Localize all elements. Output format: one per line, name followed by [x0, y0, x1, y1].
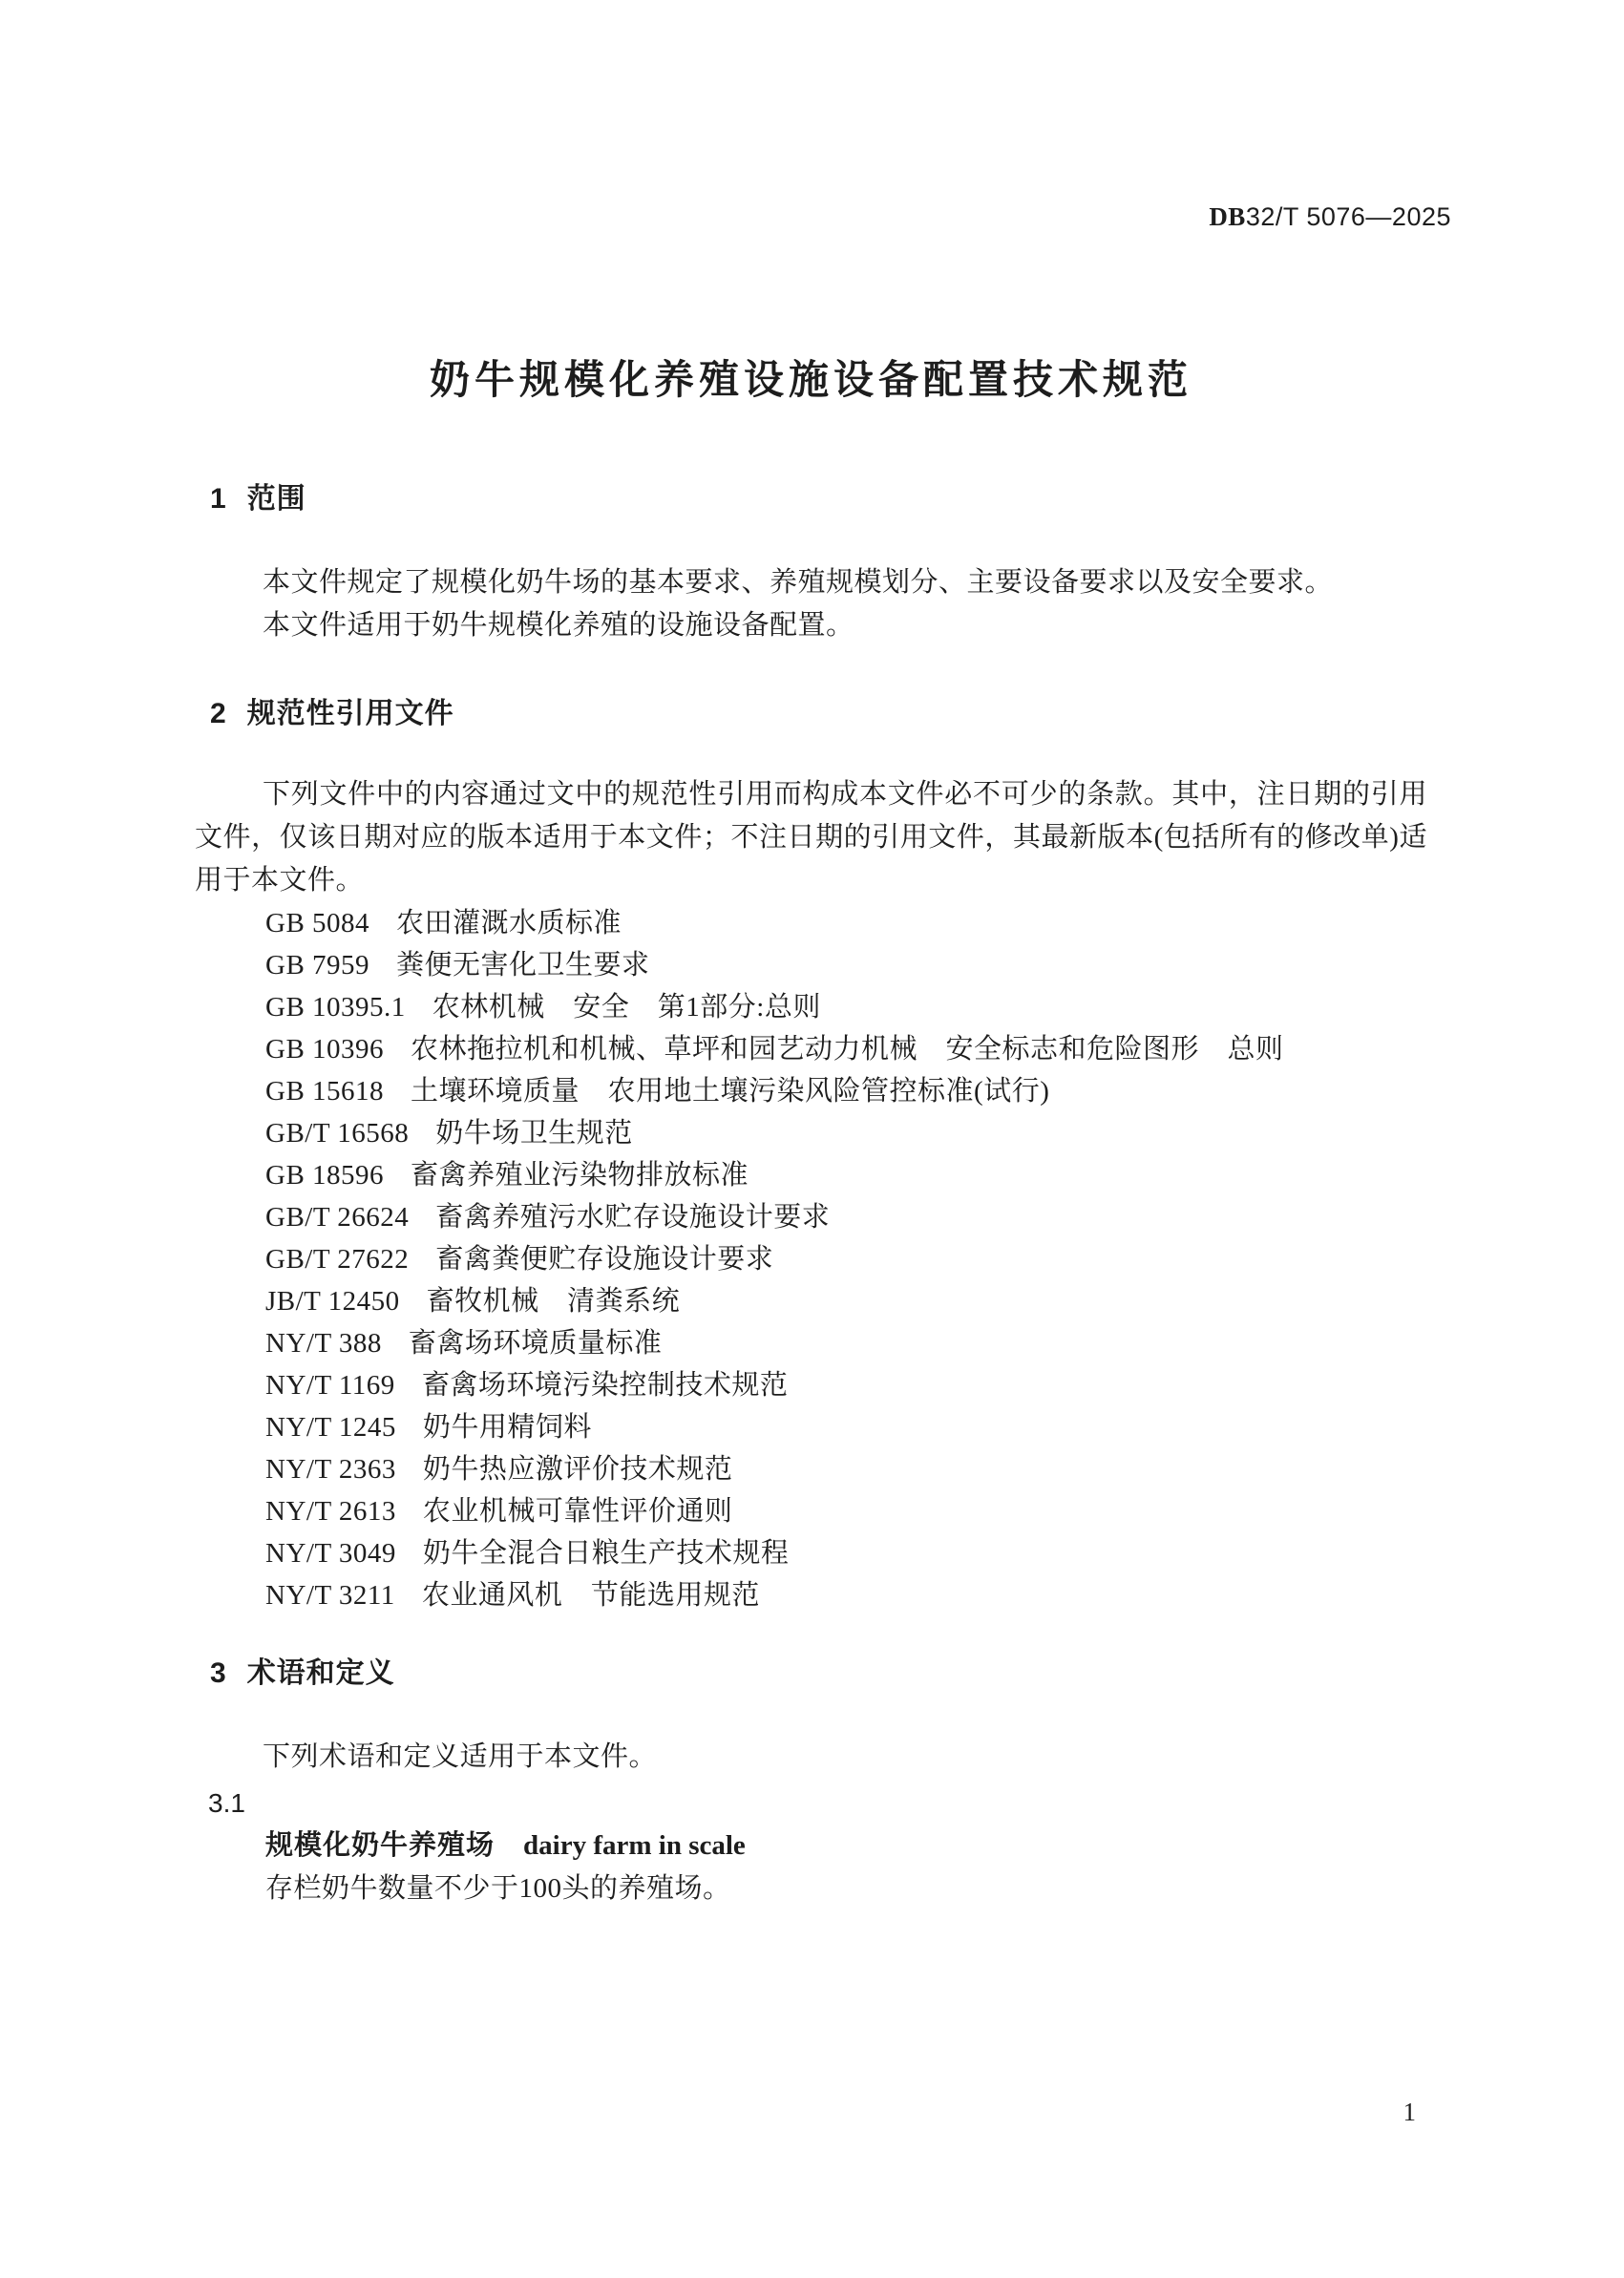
section-3-title: 术语和定义 [247, 1657, 395, 1689]
reference-item: GB 15618土壤环境质量 农用地土壤污染风险管控标准(试行) [265, 1070, 1427, 1112]
reference-title: 农业通风机 节能选用规范 [422, 1580, 760, 1611]
reference-code: GB 10396 [265, 1034, 384, 1065]
reference-item: NY/T 2363奶牛热应激评价技术规范 [265, 1448, 1427, 1490]
reference-code: GB 7959 [265, 950, 369, 981]
reference-code: NY/T 3211 [265, 1580, 395, 1611]
reference-item: GB 18596畜禽养殖业污染物排放标准 [265, 1154, 1427, 1196]
term-number: 3.1 [208, 1782, 1427, 1825]
reference-item: JB/T 12450畜牧机械 清粪系统 [265, 1280, 1427, 1322]
reference-item: NY/T 3211农业通风机 节能选用规范 [265, 1574, 1427, 1616]
reference-item: GB/T 27622畜禽粪便贮存设施设计要求 [265, 1238, 1427, 1280]
section-3-number: 3 [210, 1657, 226, 1690]
section-1-body: 本文件规定了规模化奶牛场的基本要求、养殖规模划分、主要设备要求以及安全要求。 本… [195, 561, 1427, 647]
reference-item: GB 10395.1农林机械 安全 第1部分:总则 [265, 986, 1427, 1028]
section-1-number: 1 [210, 483, 226, 516]
doc-code-prefix: DB [1209, 202, 1246, 231]
reference-title: 畜禽养殖污水贮存设施设计要求 [435, 1202, 830, 1233]
normative-references-list: GB 5084农田灌溉水质标准 GB 7959粪便无害化卫生要求 GB 1039… [195, 902, 1427, 1616]
reference-code: NY/T 1245 [265, 1412, 396, 1443]
reference-item: GB 10396农林拖拉机和机械、草坪和园艺动力机械 安全标志和危险图形 总则 [265, 1028, 1427, 1070]
references-intro-paragraph: 下列文件中的内容通过文中的规范性引用而构成本文件必不可少的条款。其中，注日期的引… [195, 773, 1427, 902]
reference-item: NY/T 1245奶牛用精饲料 [265, 1406, 1427, 1448]
reference-title: 农田灌溉水质标准 [396, 908, 622, 939]
term-entry: 规模化奶牛养殖场dairy farm in scale [195, 1825, 1427, 1867]
reference-code: GB 15618 [265, 1076, 384, 1107]
section-1-title: 范围 [247, 483, 306, 515]
document-page: DB32/T 5076—2025 奶牛规模化养殖设施设备配置技术规范 1范围 本… [0, 0, 1624, 2278]
term-chinese: 规模化奶牛养殖场 [265, 1830, 495, 1861]
reference-code: GB/T 26624 [265, 1202, 409, 1233]
term-english: dairy farm in scale [523, 1830, 746, 1861]
reference-title: 畜禽养殖业污染物排放标准 [411, 1160, 749, 1191]
reference-title: 农林拖拉机和机械、草坪和园艺动力机械 安全标志和危险图形 总则 [411, 1034, 1284, 1065]
section-1-heading: 1范围 [210, 483, 1427, 516]
reference-item: GB 5084农田灌溉水质标准 [265, 902, 1427, 944]
reference-code: GB 18596 [265, 1160, 384, 1191]
section-2-heading: 2规范性引用文件 [210, 698, 1427, 730]
reference-title: 奶牛用精饲料 [423, 1412, 592, 1443]
reference-code: GB/T 27622 [265, 1244, 409, 1275]
reference-title: 农林机械 安全 第1部分:总则 [432, 992, 821, 1023]
reference-code: NY/T 2613 [265, 1496, 396, 1527]
reference-item: GB/T 16568奶牛场卫生规范 [265, 1112, 1427, 1154]
reference-title: 畜牧机械 清粪系统 [427, 1286, 681, 1317]
scope-paragraph-2: 本文件适用于奶牛规模化养殖的设施设备配置。 [195, 604, 1427, 647]
reference-title: 奶牛全混合日粮生产技术规程 [423, 1538, 790, 1569]
reference-title: 土壤环境质量 农用地土壤污染风险管控标准(试行) [411, 1076, 1049, 1107]
reference-item: NY/T 3049奶牛全混合日粮生产技术规程 [265, 1532, 1427, 1574]
section-2-body: 下列文件中的内容通过文中的规范性引用而构成本文件必不可少的条款。其中，注日期的引… [195, 773, 1427, 902]
reference-code: GB/T 16568 [265, 1118, 409, 1149]
reference-title: 农业机械可靠性评价通则 [423, 1496, 733, 1527]
reference-code: JB/T 12450 [265, 1286, 400, 1317]
doc-number: DB32/T 5076—2025 [195, 202, 1451, 231]
reference-item: GB 7959粪便无害化卫生要求 [265, 944, 1427, 986]
reference-code: NY/T 2363 [265, 1454, 396, 1485]
reference-item: NY/T 2613农业机械可靠性评价通则 [265, 1490, 1427, 1532]
doc-code-rest: 32/T 5076—2025 [1246, 202, 1451, 231]
reference-item: GB/T 26624畜禽养殖污水贮存设施设计要求 [265, 1196, 1427, 1238]
reference-code: NY/T 388 [265, 1328, 382, 1359]
reference-title: 奶牛场卫生规范 [435, 1118, 633, 1149]
page-number: 1 [1403, 2097, 1417, 2127]
scope-paragraph-1: 本文件规定了规模化奶牛场的基本要求、养殖规模划分、主要设备要求以及安全要求。 [195, 561, 1427, 604]
reference-title: 畜禽粪便贮存设施设计要求 [435, 1244, 773, 1275]
section-3-body: 下列术语和定义适用于本文件。 [195, 1736, 1427, 1779]
reference-item: NY/T 1169畜禽场环境污染控制技术规范 [265, 1364, 1427, 1406]
reference-title: 奶牛热应激评价技术规范 [423, 1454, 733, 1485]
reference-code: NY/T 1169 [265, 1370, 395, 1401]
section-3-heading: 3术语和定义 [210, 1657, 1427, 1690]
terms-intro-paragraph: 下列术语和定义适用于本文件。 [195, 1736, 1427, 1779]
document-title: 奶牛规模化养殖设施设备配置技术规范 [195, 353, 1427, 407]
section-2-number: 2 [210, 698, 226, 730]
reference-item: NY/T 388畜禽场环境质量标准 [265, 1322, 1427, 1364]
reference-code: NY/T 3049 [265, 1538, 396, 1569]
reference-title: 畜禽场环境质量标准 [409, 1328, 663, 1359]
section-2-title: 规范性引用文件 [247, 698, 454, 729]
reference-title: 粪便无害化卫生要求 [396, 950, 650, 981]
reference-code: GB 10395.1 [265, 992, 406, 1023]
reference-code: GB 5084 [265, 908, 369, 939]
reference-title: 畜禽场环境污染控制技术规范 [422, 1370, 789, 1401]
term-definition: 存栏奶牛数量不少于100头的养殖场。 [195, 1867, 1427, 1910]
